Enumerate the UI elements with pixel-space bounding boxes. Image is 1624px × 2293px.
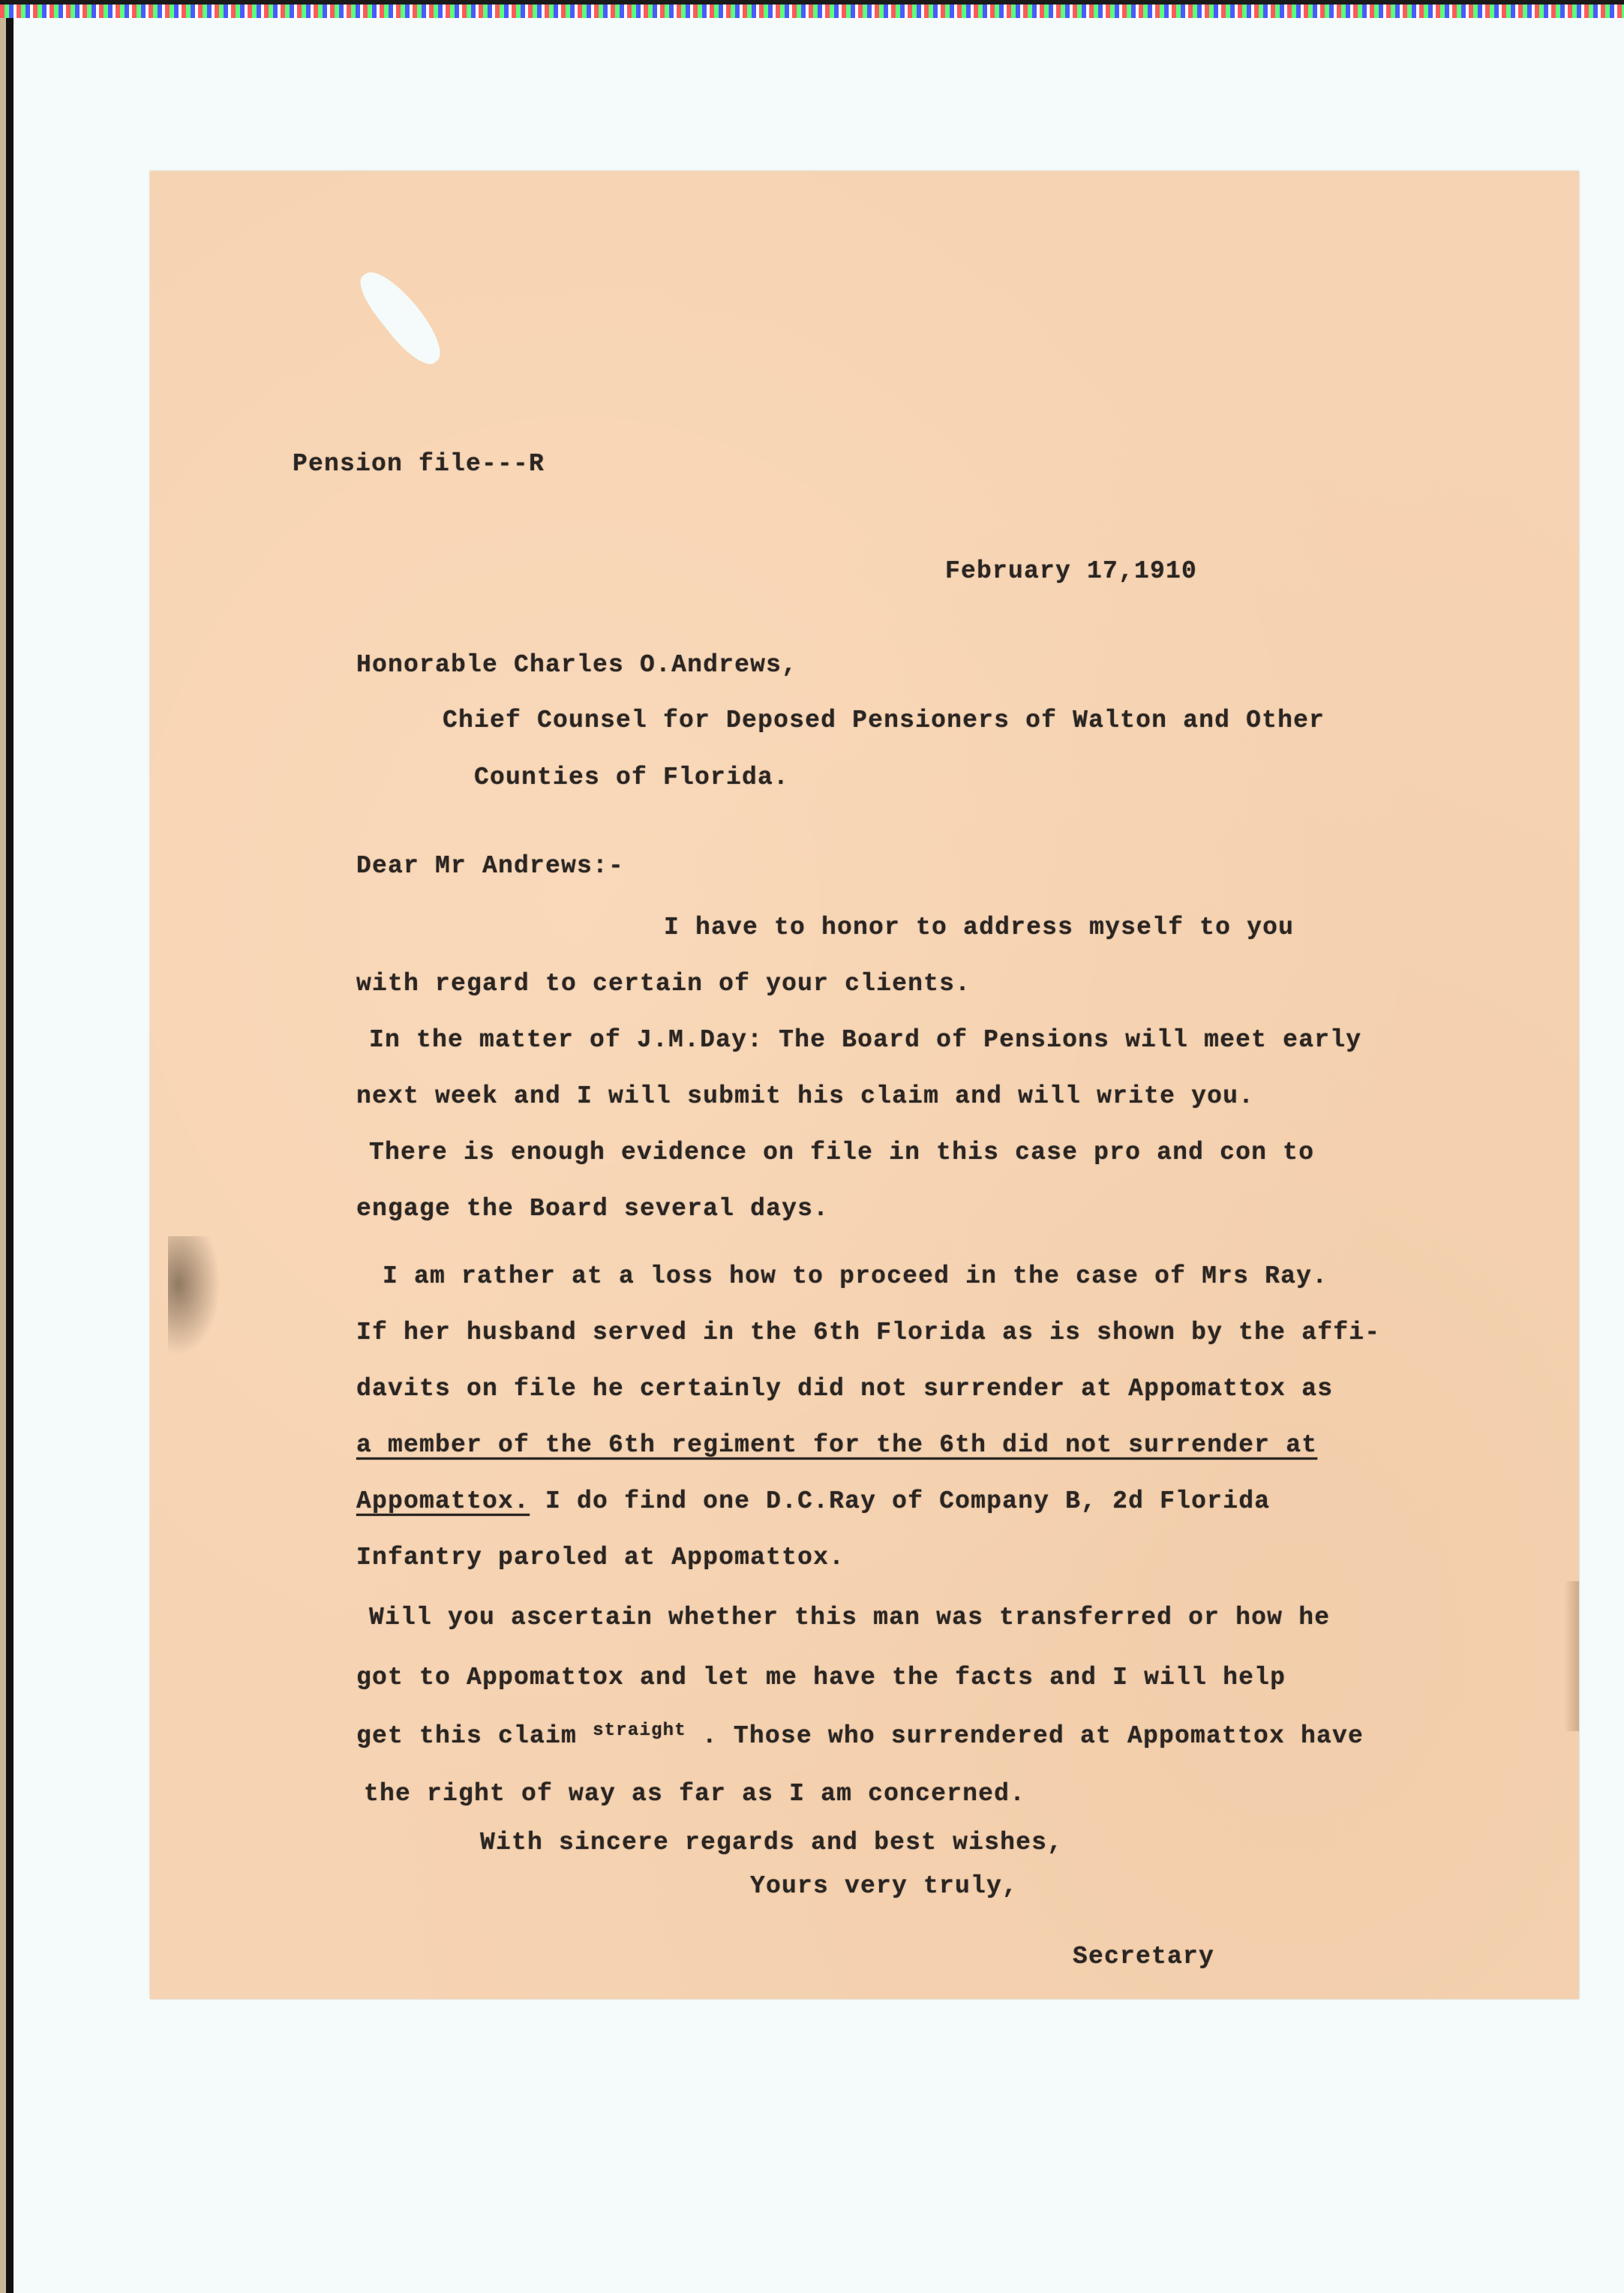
body-line: get this claim straight . Those who surr…: [356, 1722, 1364, 1750]
body-line-underlined: a member of the 6th regiment for the 6th…: [356, 1431, 1317, 1459]
body-line: Will you ascertain whether this man was …: [369, 1604, 1330, 1631]
body-line: next week and I will submit his claim an…: [356, 1082, 1254, 1110]
recipient-title-line-2: Counties of Florida.: [474, 764, 789, 791]
letter-date: February 17,1910: [945, 557, 1197, 585]
body-line: got to Appomattox and let me have the fa…: [356, 1664, 1286, 1691]
body-line: engage the Board several days.: [356, 1195, 829, 1223]
signature-title: Secretary: [1073, 1943, 1214, 1970]
body-line: with regard to certain of your clients.: [356, 970, 971, 998]
recipient-title-line-1: Chief Counsel for Deposed Pensioners of …: [443, 707, 1325, 734]
paper-tear-hole: [352, 262, 451, 374]
body-line: There is enough evidence on file in this…: [369, 1139, 1314, 1166]
closing-regards: With sincere regards and best wishes,: [480, 1829, 1063, 1856]
closing-yours: Yours very truly,: [750, 1872, 1018, 1900]
salutation: Dear Mr Andrews:-: [356, 852, 624, 880]
pencil-mark: [168, 1236, 221, 1356]
letter-page: Pension file---R February 17,1910 Honora…: [150, 171, 1579, 1999]
body-line-continuation: I do find one D.C.Ray of Company B, 2d F…: [530, 1487, 1270, 1515]
scanner-color-calibration-strip: [0, 0, 1624, 18]
body-line: In the matter of J.M.Day: The Board of P…: [369, 1026, 1361, 1054]
body-line: Infantry paroled at Appomattox.: [356, 1544, 845, 1571]
body-line: davits on file he certainly did not surr…: [356, 1375, 1333, 1403]
scanner-left-border: [0, 18, 18, 2293]
underlined-word: Appomattox.: [356, 1487, 530, 1515]
body-line: the right of way as far as I am concerne…: [364, 1780, 1025, 1808]
body-line: Appomattox. I do find one D.C.Ray of Com…: [356, 1487, 1270, 1515]
body-line: I am rather at a loss how to proceed in …: [383, 1262, 1328, 1290]
body-line-start: get this claim: [356, 1722, 593, 1750]
body-line-end: . Those who surrendered at Appomattox ha…: [686, 1722, 1364, 1750]
body-line: I have to honor to address myself to you: [664, 914, 1294, 941]
inserted-word: straight: [593, 1721, 686, 1741]
file-reference: Pension file---R: [293, 450, 545, 478]
edge-stain: [1564, 1581, 1579, 1731]
recipient-name: Honorable Charles O.Andrews,: [356, 651, 797, 679]
body-line: If her husband served in the 6th Florida…: [356, 1319, 1380, 1346]
